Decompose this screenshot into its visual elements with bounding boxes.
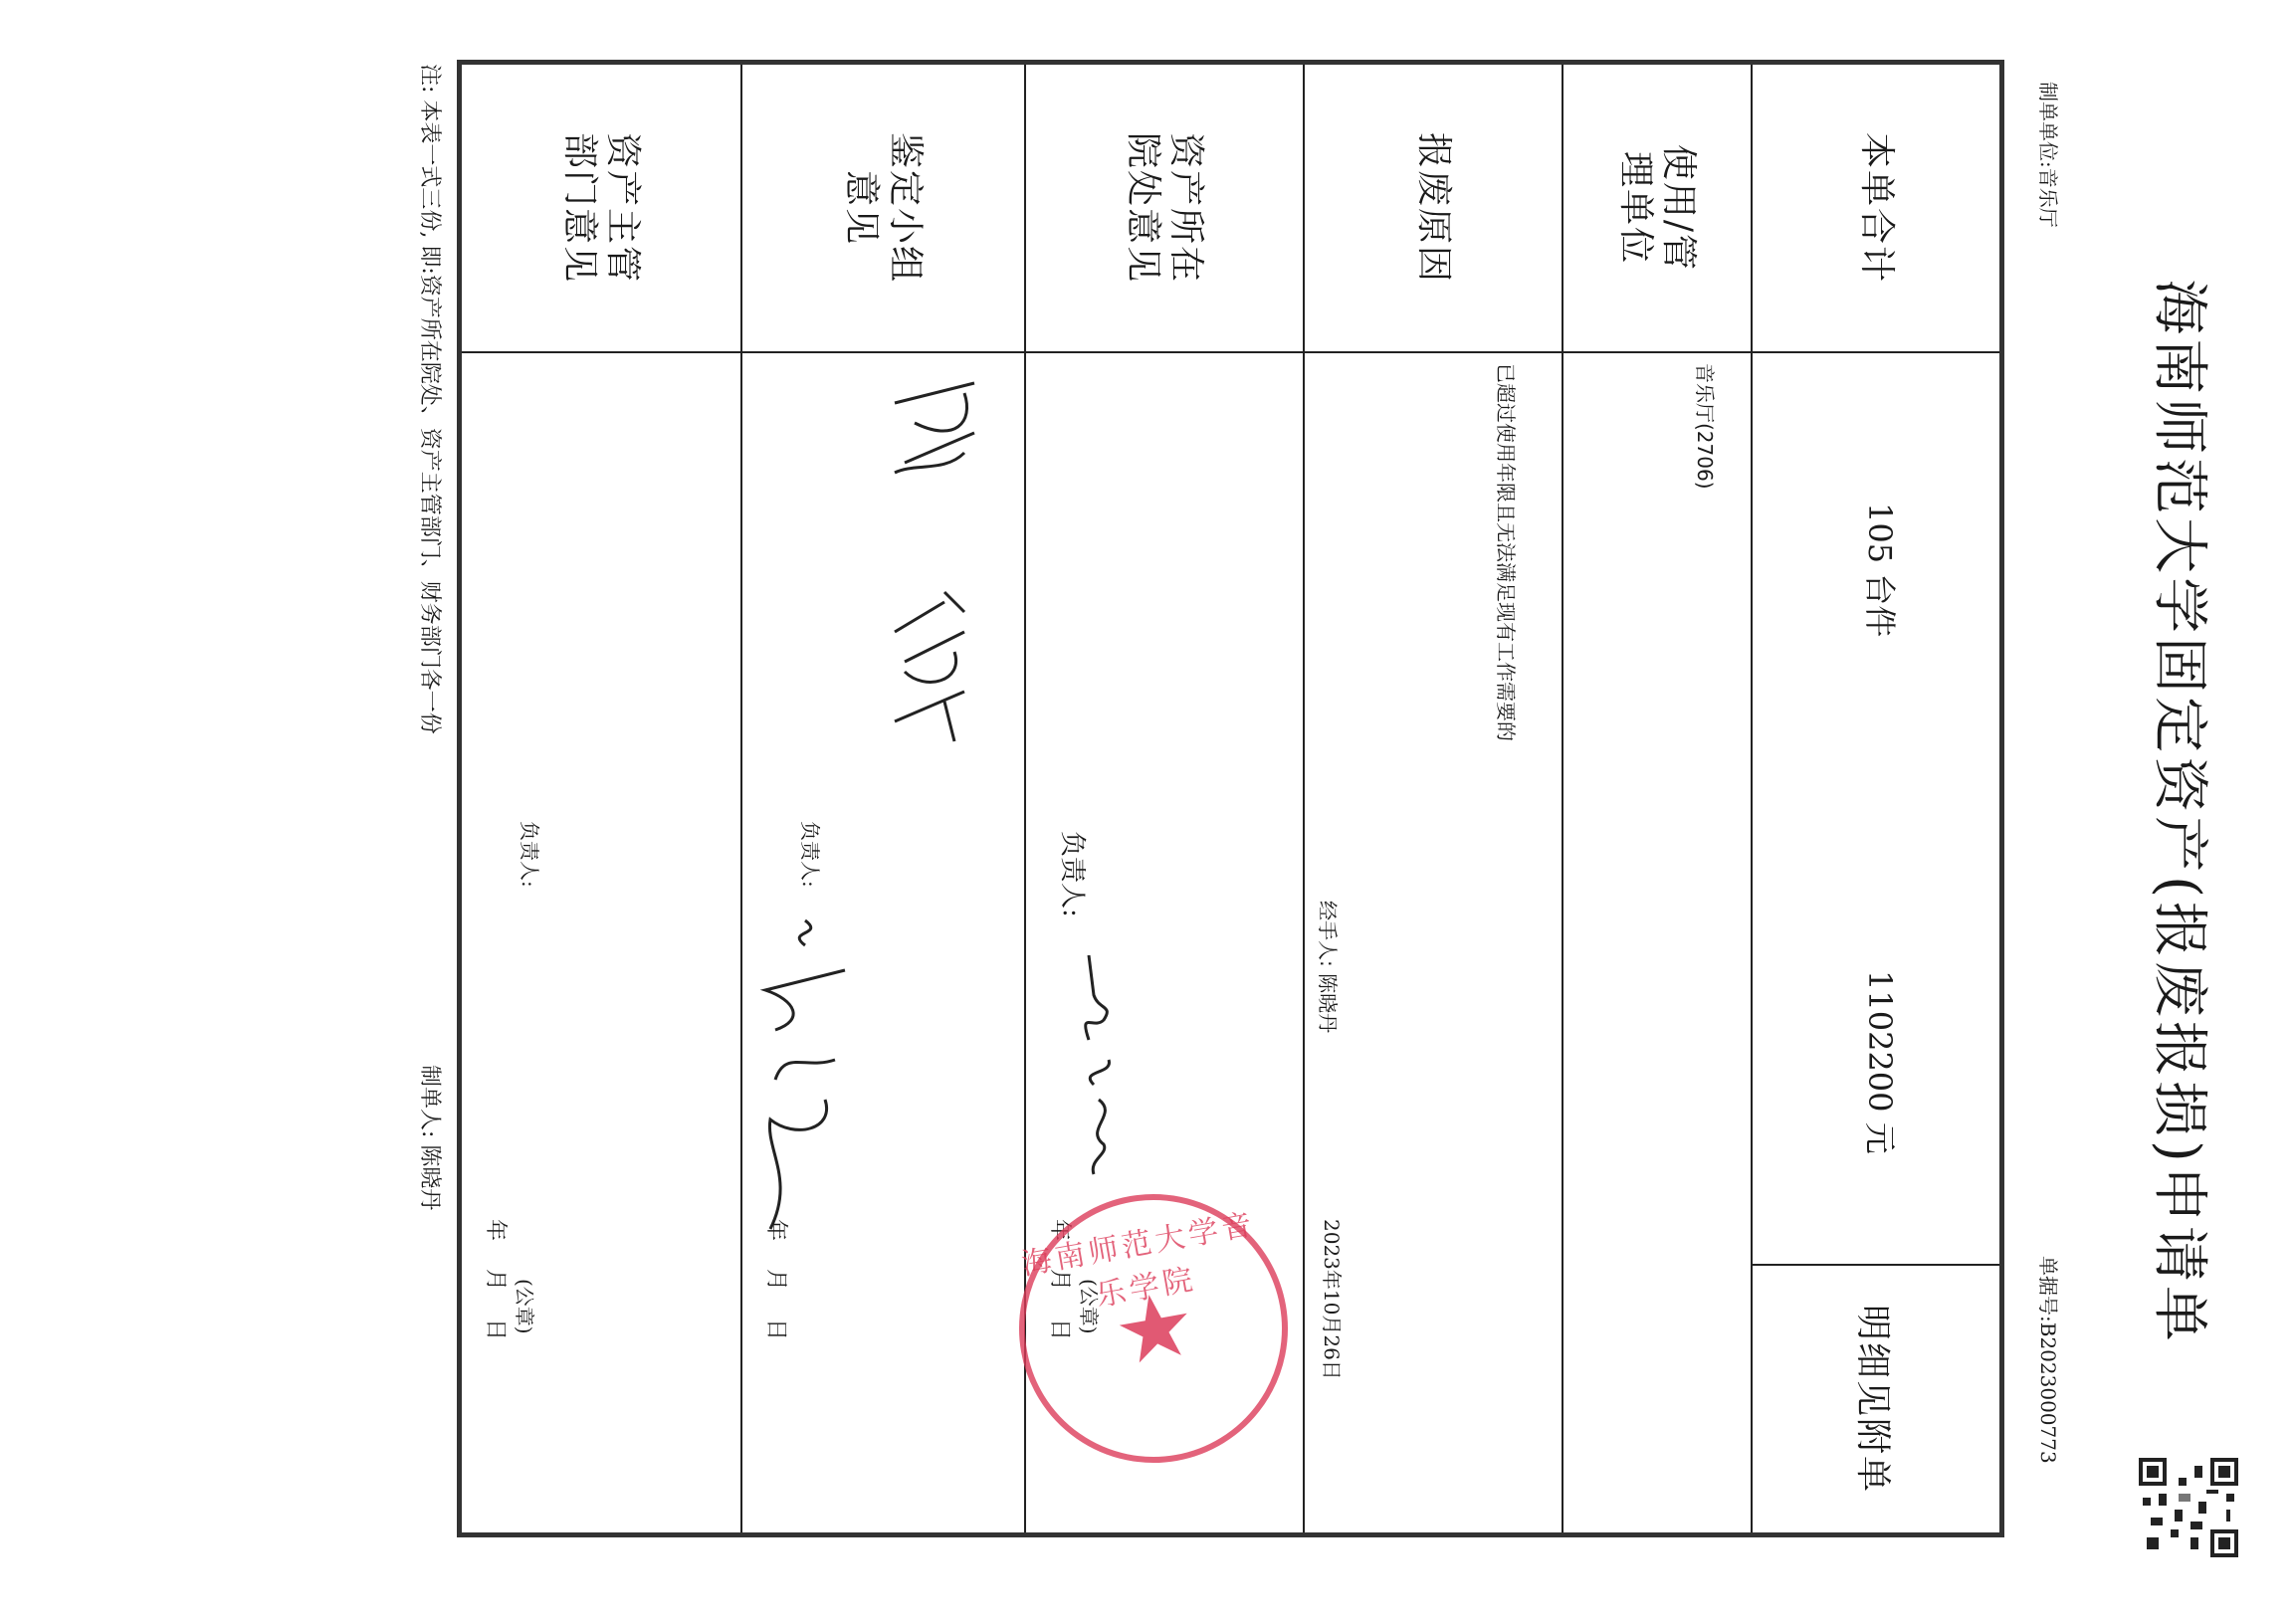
appraisal-responsible-signature [755, 911, 865, 1249]
unit-value: 音乐厅(2706) [1692, 363, 1721, 490]
detail-note: 明细见附单 [1753, 1264, 1999, 1532]
document-number: 单据号:B2023000773 [2035, 1256, 2064, 1464]
row-total: 本单合计 105 台件 1102200 元 明细见附单 [1751, 65, 1999, 1532]
rotated-document-page: 海南师范大学固定资产(报废报损)申请单 制单单位:音乐厅 单据号:B202300… [0, 0, 2293, 1624]
row-unit: 使用/管理单位 音乐厅(2706) [1562, 65, 1751, 1532]
total-amount: 1102200 元 [1859, 970, 1905, 1154]
row-reason: 报废原因 已超过使用年限且无法满足现有工作需要的 经手人: 陈晓丹 2023年1… [1303, 65, 1562, 1532]
dept-responsible-label: 负责人: [517, 821, 545, 888]
dept-date: (公章)年月日 [482, 1219, 513, 1368]
handler: 经手人: 陈晓丹 [1315, 901, 1344, 1033]
star-icon: ★ [1108, 1278, 1202, 1380]
label-appraisal-opinion: 鉴定小组意见 [742, 65, 1024, 353]
qr-code-icon [2139, 1458, 2238, 1557]
appraisal-date: 年月日 [762, 1219, 793, 1368]
total-quantity: 105 台件 [1859, 503, 1905, 637]
row-dept-opinion: 资产主管部门意见 负责人: (公章)年月日 [462, 65, 740, 1532]
appraisal-responsible-label: 负责人: [797, 821, 826, 888]
issuing-unit: 制单单位:音乐厅 [2035, 82, 2064, 228]
reason-value: 已超过使用年限且无法满足现有工作需要的 [1493, 363, 1522, 741]
document-title: 海南师范大学固定资产(报废报损)申请单 [2144, 0, 2223, 1624]
label-total: 本单合计 [1753, 65, 1999, 353]
label-college-opinion: 资产所在院处意见 [1026, 65, 1303, 353]
label-dept-opinion: 资产主管部门意见 [462, 65, 740, 353]
label-reason: 报废原因 [1305, 65, 1562, 353]
form-maker: 制单人: 陈晓丹 [416, 1065, 447, 1210]
footer-note: 注: 本表一式三份, 即:资产所在院处、资产主管部门、财务部门各一份 [416, 64, 447, 734]
label-unit: 使用/管理单位 [1563, 65, 1751, 353]
college-responsible-label: 负责人: [1056, 831, 1093, 917]
reason-date: 2023年10月26日 [1319, 1219, 1348, 1380]
appraisal-signatures [875, 363, 1004, 1000]
row-appraisal-opinion: 鉴定小组意见 负责人: 年月日 [740, 65, 1024, 1532]
